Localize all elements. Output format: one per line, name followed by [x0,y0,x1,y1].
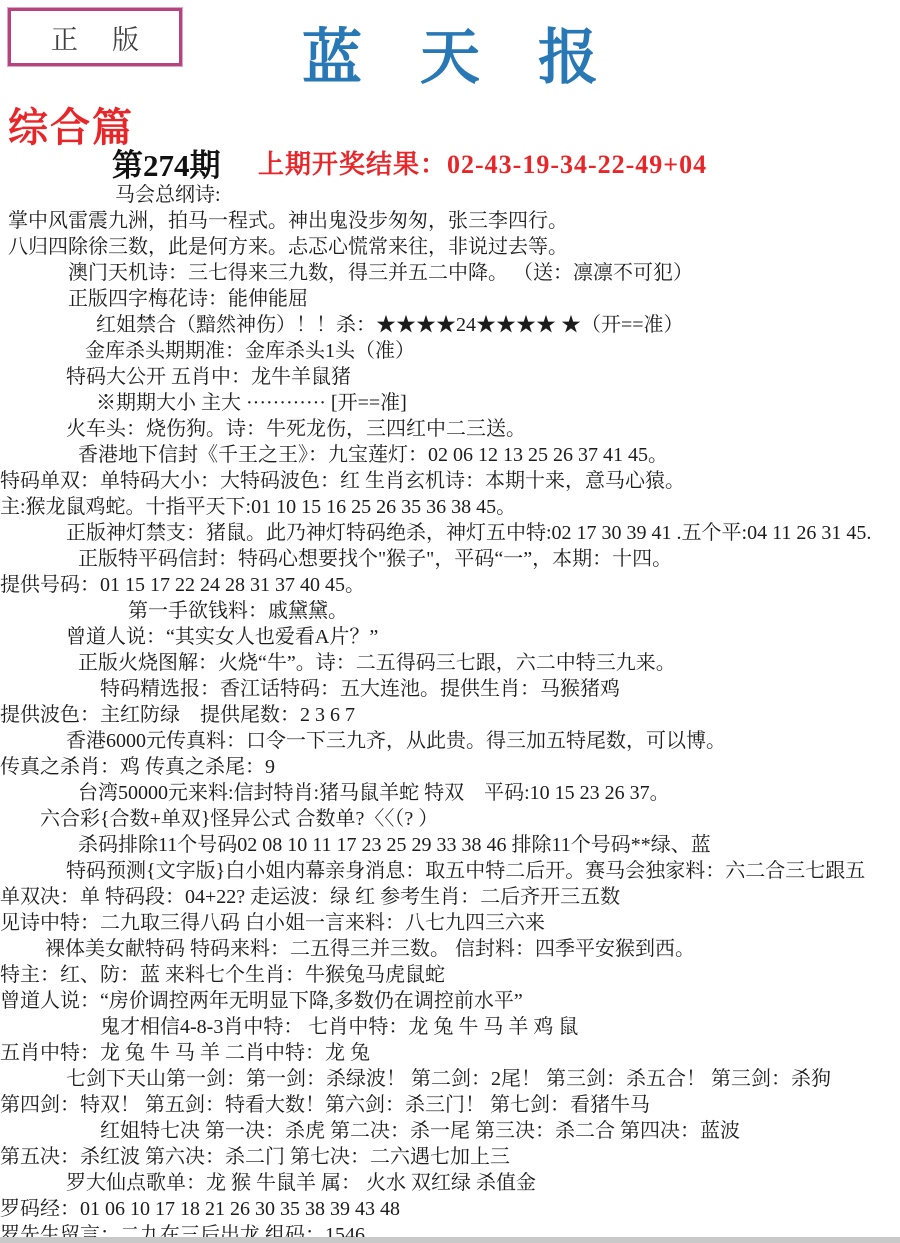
body-line: 掌中风雷震九洲，拍马一程式。神出鬼没步匆匆，张三李四行。 [0,208,900,234]
body-line: 七剑下天山第一剑：第一剑：杀绿波！ 第二剑：2尾！ 第三剑：杀五合！ 第三剑：杀… [0,1066,900,1092]
body-line: 五肖中特：龙 兔 牛 马 羊 二肖中特：龙 兔 [0,1040,900,1066]
body-line: 台湾50000元来料:信封特肖:猪马鼠羊蛇 特双 平码:10 15 23 26 … [0,780,900,806]
body-line: 第一手欲钱料：戚黛黛。 [0,598,900,624]
newspaper-page: 正版 蓝天报 综合篇 第274期 上期开奖结果：02-43-19-34-22-4… [0,0,900,1243]
body-line: 主:猴龙鼠鸡蛇。十指平天下:01 10 15 16 25 26 35 36 38… [0,494,900,520]
body-line: 曾道人说：“其实女人也爱看A片？” [0,624,900,650]
body-line: 特码预测{文字版}白小姐内幕亲身消息：取五中特二后开。赛马会独家料：六二合三七跟… [0,858,900,884]
body-line: 香港6000元传真料：口令一下三九齐，从此贵。得三加五特尾数，可以博。 [0,728,900,754]
body-line: 火车头：烧伤狗。诗：牛死龙伤，三四红中二三送。 [0,416,900,442]
body-line: 正版神灯禁支：猪鼠。此乃神灯特码绝杀，神灯五中特:02 17 30 39 41 … [0,520,900,546]
page-title: 蓝天报 [0,10,900,96]
body-line: 正版四字梅花诗：能伸能屈 [0,286,900,312]
body-line: 鬼才相信4-8-3肖中特： 七肖中特：龙 兔 牛 马 羊 鸡 鼠 [0,1014,900,1040]
body-line: 传真之杀肖：鸡 传真之杀尾：9 [0,754,900,780]
body-line: ※期期大小 主大 ············ [开==准] [0,390,900,416]
body-lines: 马会总纲诗:掌中风雷震九洲，拍马一程式。神出鬼没步匆匆，张三李四行。八归四除徐三… [0,182,900,1243]
body-line: 单双决：单 特码段：04+22? 走运波：绿 红 参考生肖：二后齐开三五数 [0,884,900,910]
body-line: 罗码经：01 06 10 17 18 21 26 30 35 38 39 43 … [0,1196,900,1222]
body-line: 金库杀头期期准：金库杀头1头（准） [0,338,900,364]
body-line: 见诗中特：二九取三得八码 白小姐一言来料：八七九四三六来 [0,910,900,936]
issue-row: 第274期 上期开奖结果：02-43-19-34-22-49+04 [0,140,900,182]
bottom-edge-strip [0,1237,900,1243]
body-line: 第五决：杀红波 第六决：杀二门 第七决：二六遇七加上三 [0,1144,900,1170]
body-line: 特码精选报：香江话特码：五大连池。提供生肖：马猴猪鸡 [0,676,900,702]
body-line: 正版特平码信封：特码心想要找个"猴子"，平码“一”，本期：十四。 [0,546,900,572]
body-line: 香港地下信封《千王之王》：九宝莲灯：02 06 12 13 25 26 37 4… [0,442,900,468]
body-line: 红姐禁合（黯然神伤）！！杀：★★★★24★★★★ ★（开==准） [0,312,900,338]
body-line: 特码单双：单特码大小：大特码波色：红 生肖玄机诗：本期十来，意马心猿。 [0,468,900,494]
body-line: 提供波色：主红防绿 提供尾数：2 3 6 7 [0,702,900,728]
body-line: 裸体美女献特码 特码来料：二五得三并三数。 信封料：四季平安猴到西。 [0,936,900,962]
body-line: 特主：红、防：蓝 来料七个生肖：牛猴兔马虎鼠蛇 [0,962,900,988]
body-line: 第四剑：特双！ 第五剑：特看大数！第六剑：杀三门！ 第七剑：看猪牛马 [0,1092,900,1118]
body-line: 六合彩{合数+单双}怪异公式 合数单?〈〈（? ） [0,806,900,832]
body-line: 澳门天机诗：三七得来三九数，得三并五二中降。 （送：凛凛不可犯） [0,260,900,286]
body-line: 罗大仙点歌单：龙 猴 牛鼠羊 属： 火水 双红绿 杀值金 [0,1170,900,1196]
last-draw-result: 上期开奖结果：02-43-19-34-22-49+04 [258,144,707,181]
body-line: 八归四除徐三数，此是何方来。忐忑心慌常来往，非说过去等。 [0,234,900,260]
body-line: 提供号码：01 15 17 22 24 28 31 37 40 45。 [0,572,900,598]
body-line: 马会总纲诗: [0,182,900,208]
body-line: 正版火烧图解：火烧“牛”。诗：二五得码三七跟，六二中特三九来。 [0,650,900,676]
body-line: 杀码排除11个号码02 08 10 11 17 23 25 29 33 38 4… [0,832,900,858]
issue-number: 第274期 [112,140,221,185]
body-line: 特码大公开 五肖中：龙牛羊鼠猪 [0,364,900,390]
body-line: 曾道人说：“房价调控两年无明显下降,多数仍在调控前水平” [0,988,900,1014]
body-line: 红姐特七决 第一决：杀虎 第二决：杀一尾 第三决：杀二合 第四决：蓝波 [0,1118,900,1144]
